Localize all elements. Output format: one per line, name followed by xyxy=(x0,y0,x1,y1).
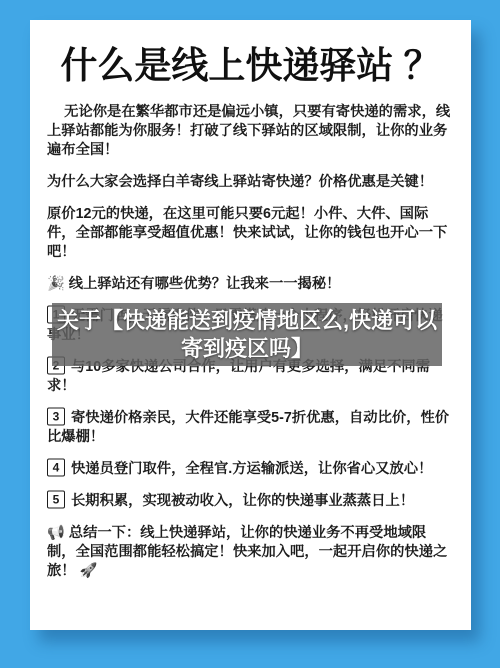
advantage-text-4: 快递员登门取件，全程官.方运输派送，让你省心又放心！ xyxy=(71,461,432,477)
boxed-number-5: 5 xyxy=(47,490,65,508)
rocket-icon: 🚀 xyxy=(80,563,98,579)
price-paragraph: 原价12元的快递，在这里可能只要6元起！小件、大件、国际件，全部都能享受超值优惠… xyxy=(47,205,454,262)
loudspeaker-icon: 📢 xyxy=(47,525,65,541)
caption-overlay: 关于【快递能送到疫情地区么,快递可以寄到疫区吗】 xyxy=(52,303,442,366)
advantage-item-5: 5长期积累，实现被动收入，让你的快递事业蒸蒸日上！ xyxy=(47,492,454,511)
boxed-number-4: 4 xyxy=(47,458,65,476)
intro-paragraph: 无论你是在繁华都市还是偏远小镇，只要有寄快递的需求，线上驿站都能为你服务！打破了… xyxy=(47,103,454,160)
why-choose-paragraph: 为什么大家会选择白羊寄线上驿站寄快递？价格优惠是关键！ xyxy=(47,173,454,192)
advantage-item-4: 4快递员登门取件，全程官.方运输派送，让你省心又放心！ xyxy=(47,460,454,479)
advantage-item-3: 3寄快递价格亲民，大件还能享受5-7折优惠，自动比价，性价比爆棚！ xyxy=(47,409,454,447)
party-popper-icon: 🎉 xyxy=(47,276,65,292)
boxed-number-3: 3 xyxy=(47,407,65,425)
advantages-header-label: 线上驿站还有哪些优势？让我来一一揭秘！ xyxy=(69,276,341,292)
page-title: 什么是线上快递驿站 ？ xyxy=(36,46,465,87)
summary-paragraph: 📢 总结一下：线上快递驿站，让你的快递业务不再受地域限制，全国范围都能轻松搞定！… xyxy=(47,524,454,581)
advantage-text-5: 长期积累，实现被动收入，让你的快递事业蒸蒸日上！ xyxy=(71,493,414,509)
advantages-header: 🎉 线上驿站还有哪些优势？让我来一一揭秘！ xyxy=(47,275,454,294)
caption-overlay-text: 关于【快递能送到疫情地区么,快递可以寄到疫区吗】 xyxy=(54,307,440,362)
advantage-text-3: 寄快递价格亲民，大件还能享受5-7折优惠，自动比价，性价比爆棚！ xyxy=(47,410,449,445)
summary-text: 总结一下：线上快递驿站，让你的快递业务不再受地域限制，全国范围都能轻松搞定！快来… xyxy=(47,525,447,579)
